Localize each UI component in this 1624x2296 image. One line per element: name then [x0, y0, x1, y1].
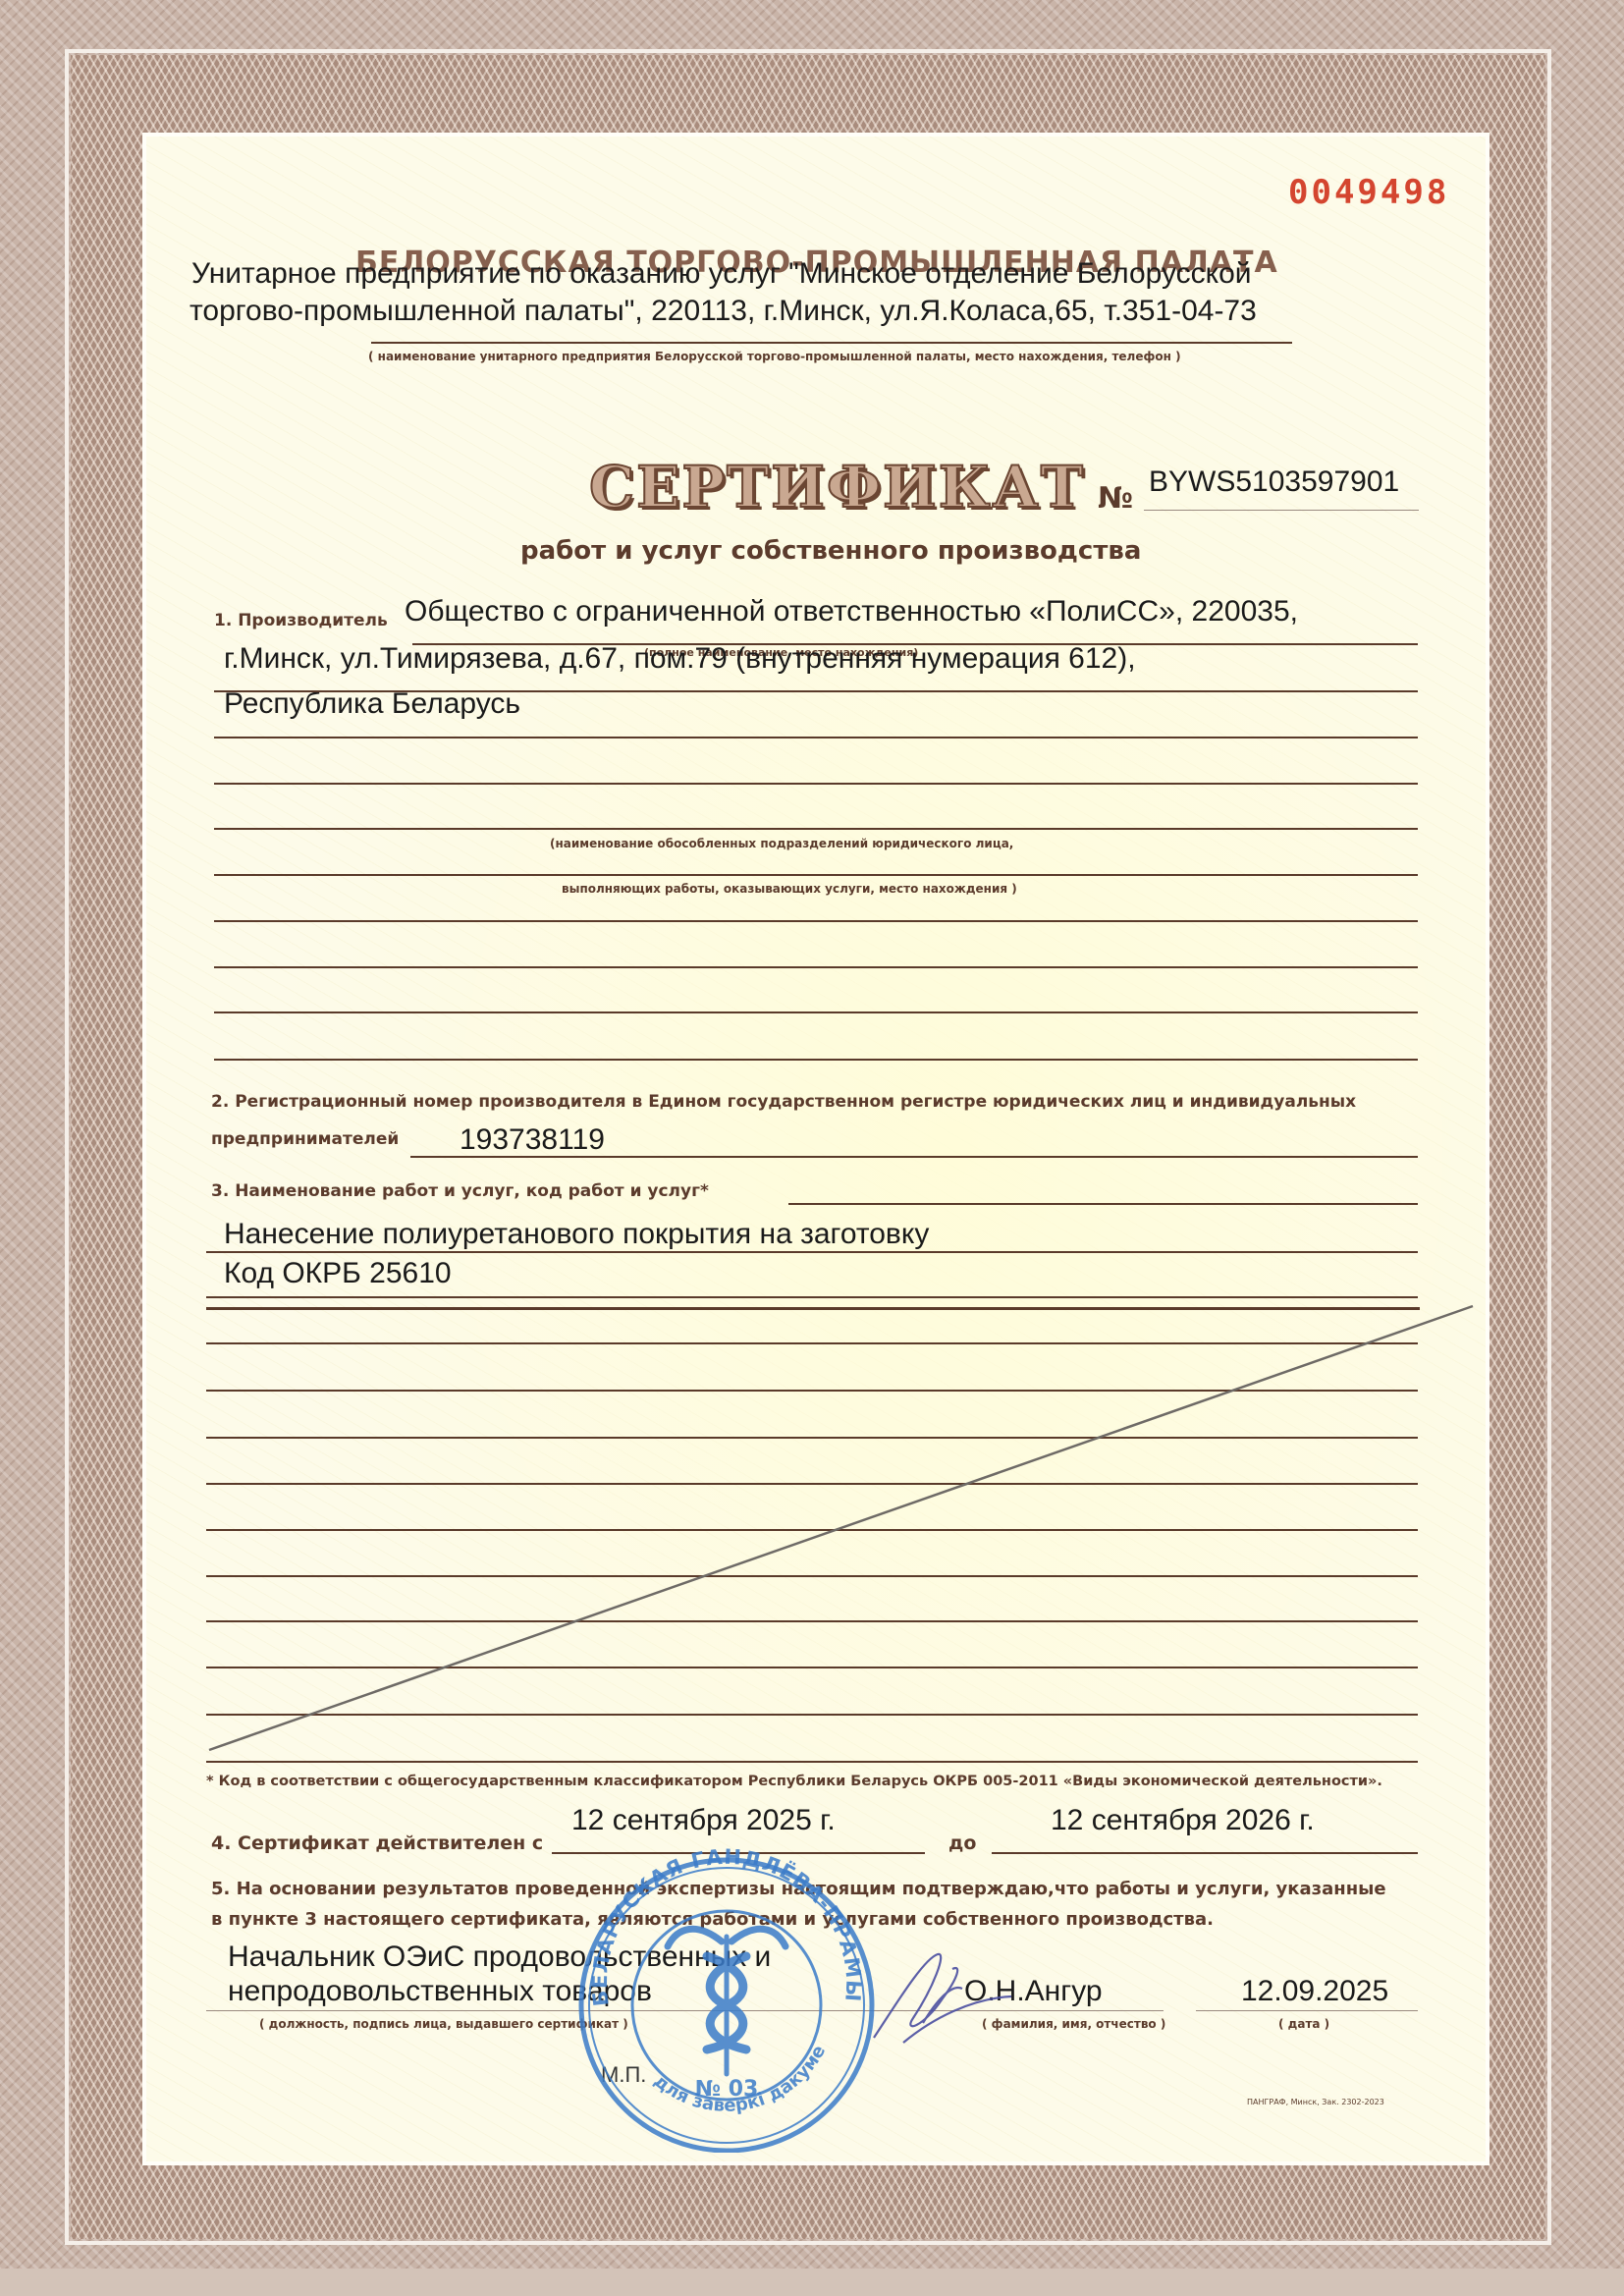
stamp-outer-text: БЕЛАРУСКАЯ ГАНДЛЁВА-ПРАМЫСЛОВАЯ ПАЛАТА	[569, 1838, 865, 2007]
services-footnote: * Код в соответствии с общегосударственн…	[206, 1774, 1382, 1789]
printer-imprint: ПАНГРАФ, Минск, Зак. 2302-2023	[1247, 2098, 1384, 2106]
validity-label: 4. Сертификат действителен с	[211, 1832, 543, 1854]
issue-date-hint: ( дата )	[1278, 2017, 1329, 2031]
valid-to-date: 12 сентября 2026 г.	[1051, 1804, 1315, 1837]
stamp-number: № 03	[695, 2077, 759, 2102]
validity-to-label: до	[948, 1832, 976, 1854]
official-stamp: БЕЛАРУСКАЯ ГАНДЛЁВА-ПРАМЫСЛОВАЯ ПАЛАТА д…	[569, 1838, 884, 2153]
issue-date-rule	[1196, 2010, 1418, 2011]
svg-text:БЕЛАРУСКАЯ ГАНДЛЁВА-ПРАМЫСЛОВА: БЕЛАРУСКАЯ ГАНДЛЁВА-ПРАМЫСЛОВАЯ ПАЛАТА	[569, 1838, 865, 2007]
valid-from-date: 12 сентября 2025 г.	[571, 1804, 836, 1837]
issue-date: 12.09.2025	[1241, 1975, 1388, 2008]
caduceus-icon	[668, 1929, 785, 2074]
handwritten-signature	[864, 1940, 1021, 2057]
valid-to-rule	[992, 1852, 1418, 1854]
